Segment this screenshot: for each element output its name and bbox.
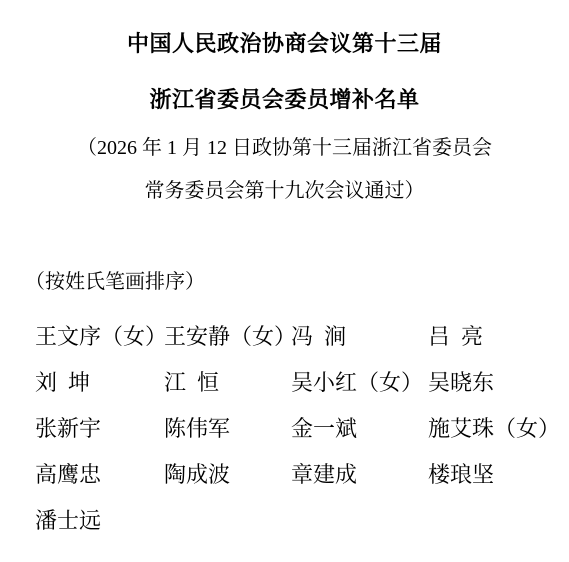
name-cell: 张新宇: [35, 404, 164, 450]
document-page: 中国人民政治协商会议第十三届 浙江省委员会委员增补名单 （2026 年 1 月 …: [0, 0, 569, 562]
name-cell: 施艾珠（女）: [428, 404, 569, 450]
name-cell: 冯 涧: [291, 312, 428, 358]
name-cell: 楼琅坚: [428, 450, 569, 496]
name-cell-empty: [291, 496, 428, 542]
name-cell: 章建成: [291, 450, 428, 496]
document-title-line2: 浙江省委员会委员增补名单: [0, 88, 569, 112]
name-cell: 江 恒: [164, 358, 291, 404]
name-cell: 陶成波: [164, 450, 291, 496]
name-cell: 王安静（女）: [164, 312, 291, 358]
meeting-approval-note-line2: 常务委员会第十九次会议通过）: [0, 180, 569, 203]
name-cell: 刘 坤: [35, 358, 164, 404]
sort-order-note: （按姓氏笔画排序）: [25, 271, 205, 294]
name-cell-empty: [428, 496, 569, 542]
name-cell-empty: [164, 496, 291, 542]
names-grid: 王文序（女） 王安静（女） 冯 涧 吕 亮 刘 坤 江 恒 吴小红（女） 吴晓东…: [35, 312, 569, 542]
meeting-approval-note-line1: （2026 年 1 月 12 日政协第十三届浙江省委员会: [0, 137, 569, 160]
name-cell: 王文序（女）: [35, 312, 164, 358]
name-cell: 高鹰忠: [35, 450, 164, 496]
name-cell: 吴晓东: [428, 358, 569, 404]
name-cell: 吴小红（女）: [291, 358, 428, 404]
document-title-line1: 中国人民政治协商会议第十三届: [0, 32, 569, 56]
name-cell: 陈伟军: [164, 404, 291, 450]
name-cell: 吕 亮: [428, 312, 569, 358]
name-cell: 金一斌: [291, 404, 428, 450]
name-cell: 潘士远: [35, 496, 164, 542]
